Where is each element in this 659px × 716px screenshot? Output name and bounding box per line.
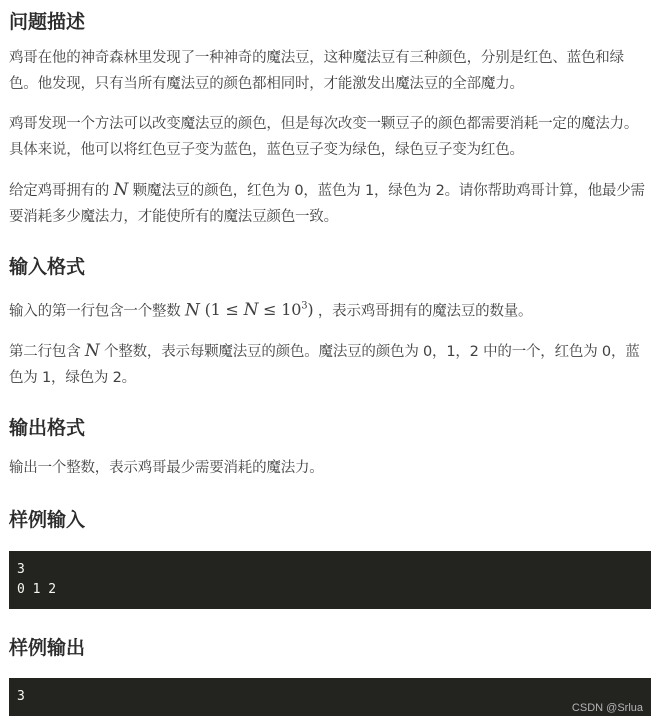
text: 第二行包含 <box>9 344 85 360</box>
problem-paragraph-1: 鸡哥在他的神奇森林里发现了一种神奇的魔法豆，这种魔法豆有三种颜色，分别是红色、蓝… <box>9 45 651 97</box>
problem-paragraph-2: 鸡哥发现一个方法可以改变魔法豆的颜色，但是每次改变一颗豆子的颜色都需要消耗一定的… <box>9 111 651 163</box>
sample-output-code[interactable]: 3CSDN @Srlua <box>9 678 651 716</box>
problem-description-heading: 问题描述 <box>9 9 651 35</box>
sample-input-heading: 样例输入 <box>9 507 651 533</box>
sample-input-code[interactable]: 3 0 1 2 <box>9 551 651 609</box>
watermark: CSDN @Srlua <box>572 698 643 716</box>
math-open: (1 ≤ <box>200 300 244 319</box>
problem-page: 问题描述 鸡哥在他的神奇森林里发现了一种神奇的魔法豆，这种魔法豆有三种颜色，分别… <box>0 9 659 716</box>
output-paragraph-1: 输出一个整数，表示鸡哥最少需要消耗的魔法力。 <box>9 455 651 481</box>
text: 给定鸡哥拥有的 <box>9 183 114 199</box>
math-var-n: N <box>185 300 200 320</box>
math-constraint: (1 ≤ N ≤ 103) <box>200 300 314 319</box>
input-format-heading: 输入格式 <box>9 254 651 280</box>
sample-output-heading: 样例输出 <box>9 635 651 661</box>
math-mid: ≤ 10 <box>258 300 301 319</box>
sample-output-value: 3 <box>17 689 25 704</box>
math-var-n: N <box>85 341 100 361</box>
text: 个整数，表示每颗魔法豆的颜色。魔法豆的颜色为 0，1，2 中的一个，红色为 0，… <box>9 344 640 386</box>
math-var-n: N <box>114 180 129 200</box>
problem-paragraph-3: 给定鸡哥拥有的 N 颗魔法豆的颜色，红色为 0，蓝色为 1，绿色为 2。请你帮助… <box>9 177 651 230</box>
text: ，表示鸡哥拥有的魔法豆的数量。 <box>313 303 532 319</box>
text: 输入的第一行包含一个整数 <box>9 303 185 319</box>
input-paragraph-1: 输入的第一行包含一个整数 N (1 ≤ N ≤ 103) ，表示鸡哥拥有的魔法豆… <box>9 294 651 324</box>
math-var-n: N <box>244 300 259 320</box>
input-paragraph-2: 第二行包含 N 个整数，表示每颗魔法豆的颜色。魔法豆的颜色为 0，1，2 中的一… <box>9 338 651 391</box>
output-format-heading: 输出格式 <box>9 415 651 441</box>
